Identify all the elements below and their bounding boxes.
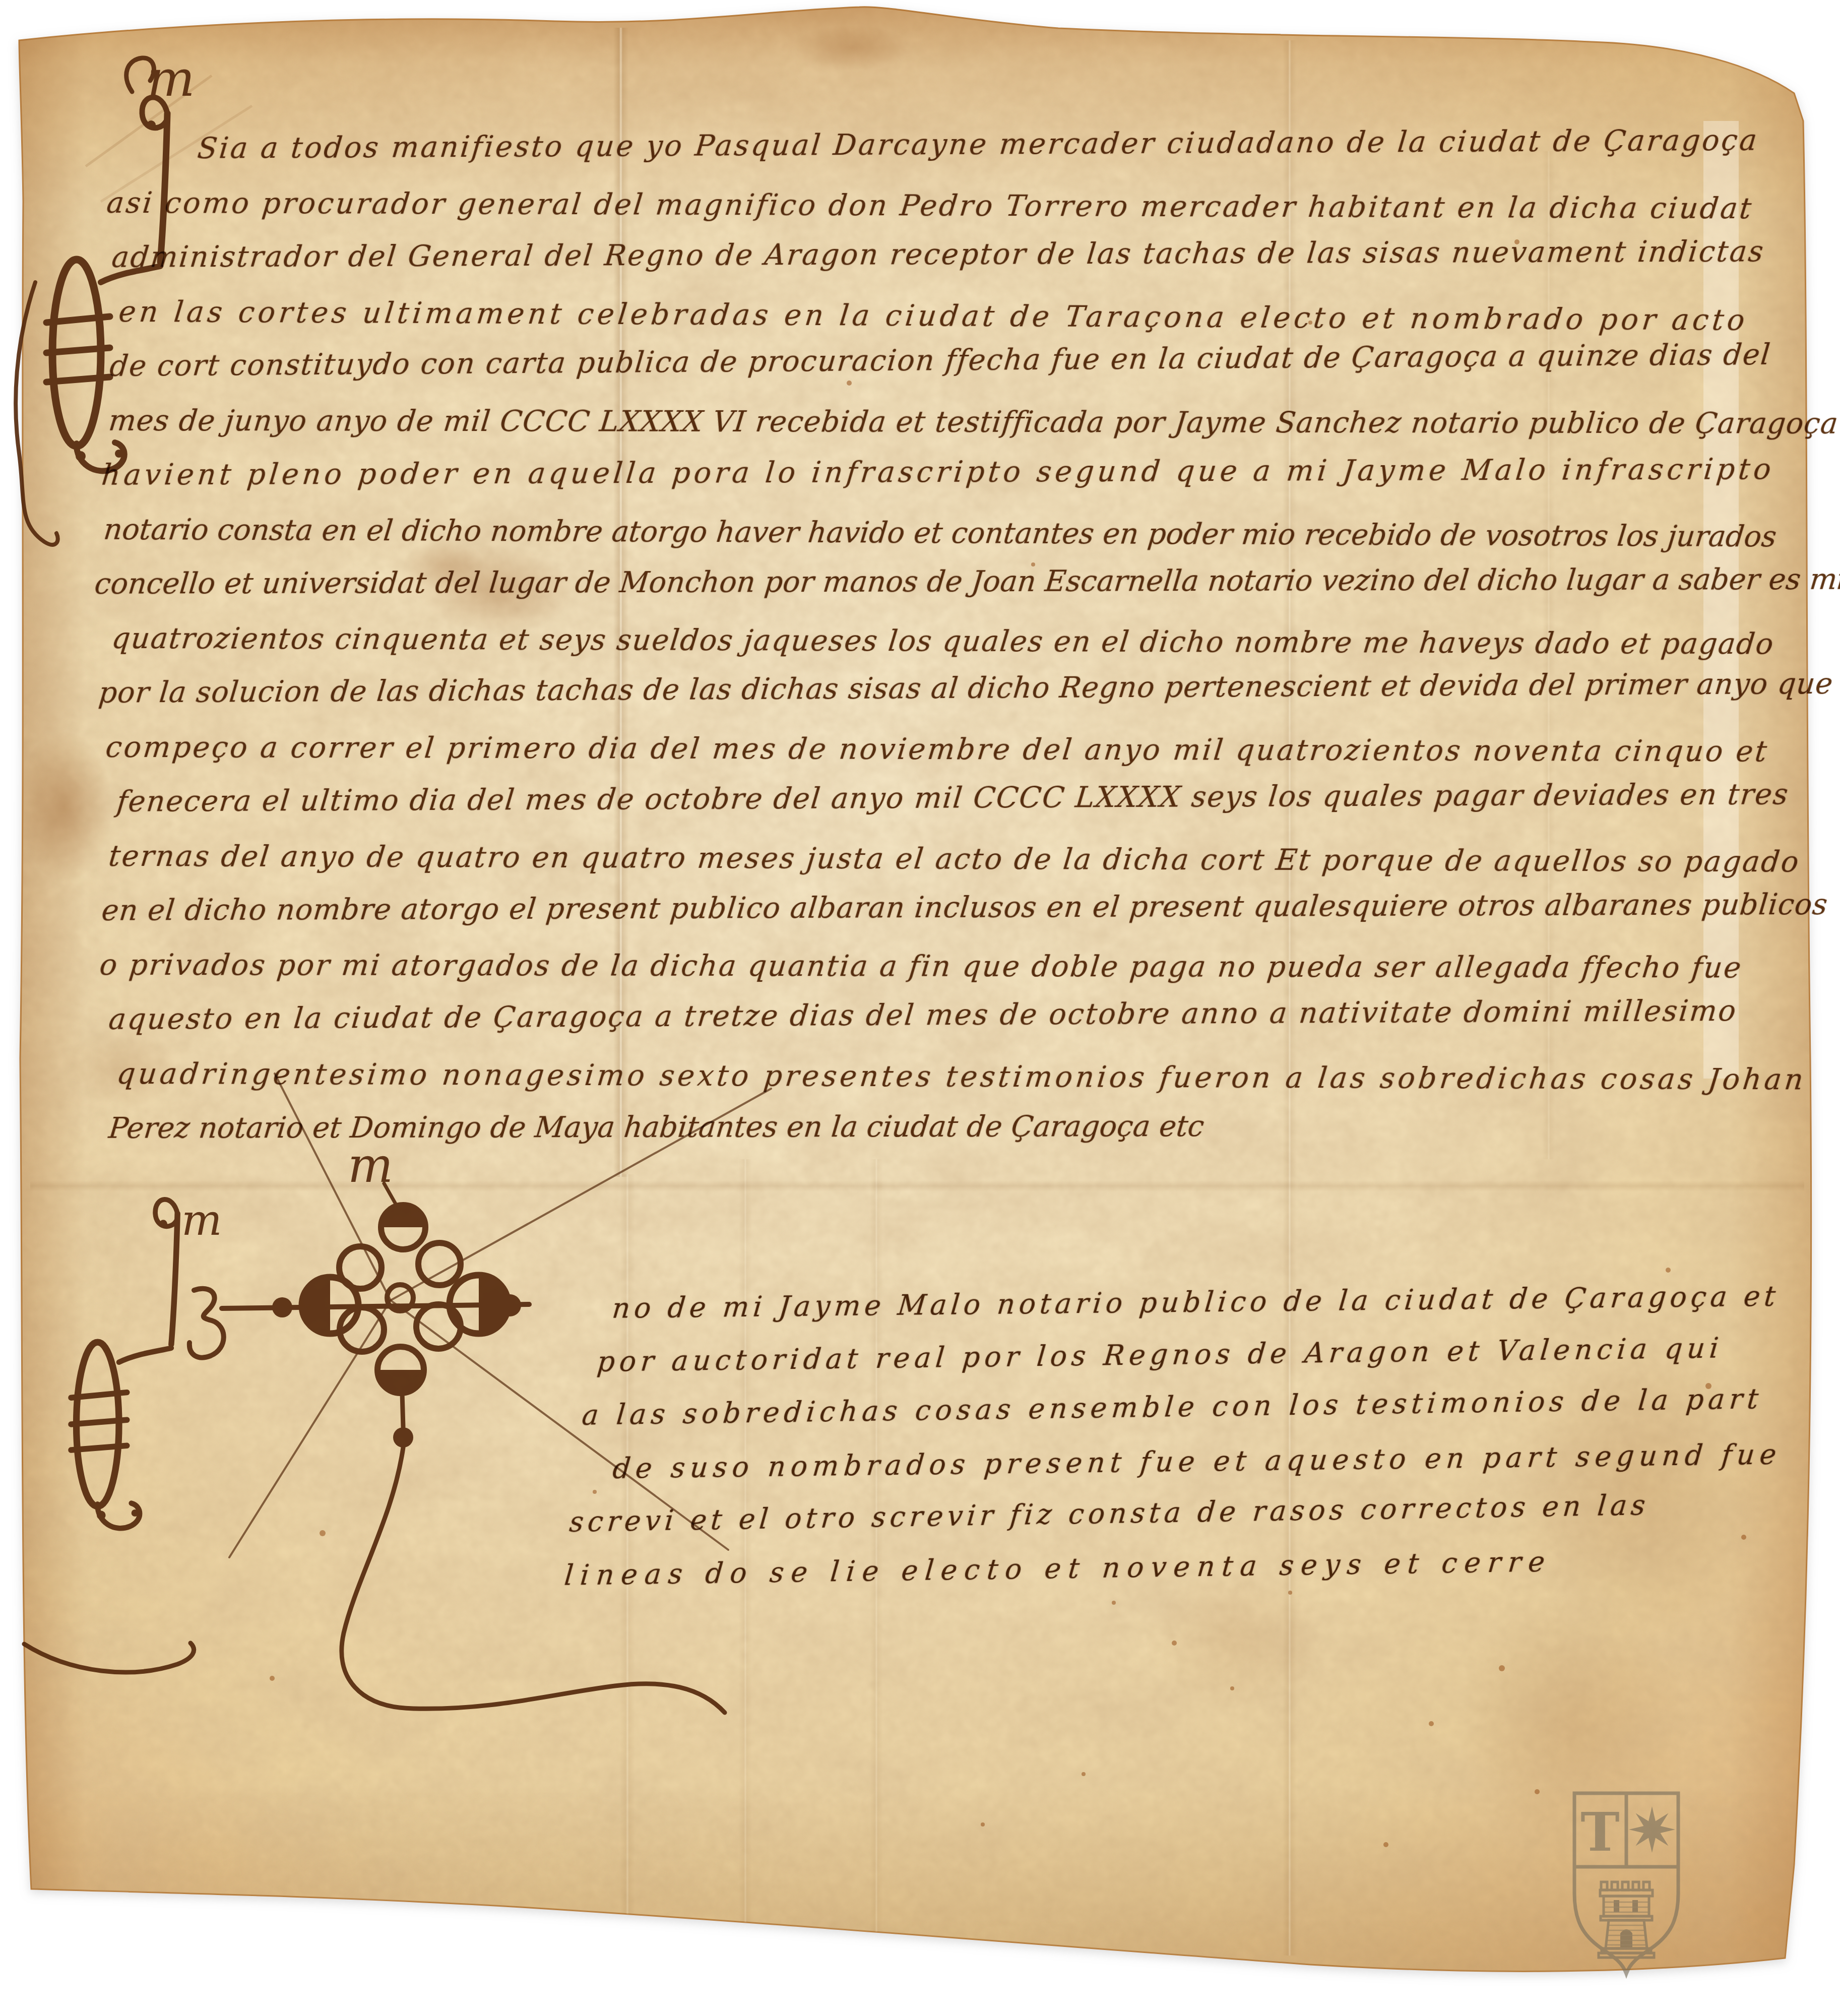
manuscript-line: notario consta en el dicho nombre atorgo… [102, 513, 1778, 553]
manuscript-line: ternas del anyo de quatro en quatro mese… [107, 840, 1802, 879]
manuscript-line: fenecera el ultimo dia del mes de octobr… [115, 778, 1791, 819]
manuscript-line: quatrozientos cinquenta et seys sueldos … [110, 622, 1775, 661]
manuscript-line: por la solucion de las dichas tachas de … [97, 667, 1835, 710]
manuscript-line: asi como procurador general del magnific… [105, 186, 1755, 225]
attestation-line: lineas do se lie electo et noventa seys … [563, 1546, 1553, 1592]
scanned-document: m m m [0, 0, 1840, 2016]
attestation-line: no de mi Jayme Malo notario publico de l… [611, 1280, 1781, 1325]
manuscript-line: en las cortes ultimament celebradas en l… [117, 295, 1750, 337]
manuscript-line: mes de junyo anyo de mil CCCC LXXXX VI r… [107, 404, 1839, 440]
manuscript-line: compeço a correr el primero dia del mes … [104, 731, 1770, 769]
manuscript-line: administrador del General del Regno de A… [110, 235, 1766, 274]
manuscript-line: aquesto en la ciudat de Çaragoça a tretz… [107, 994, 1739, 1036]
manuscript-line: Perez notario et Domingo de Maya habitan… [107, 1110, 1206, 1145]
manuscript-line: Sia a todos manifiesto que yo Pasqual Da… [196, 124, 1760, 165]
manuscript-line: o privados por mi atorgados de la dicha … [98, 949, 1744, 985]
manuscript-line: en el dicho nombre atorgo el present pub… [100, 888, 1829, 927]
manuscript-line: concello et universidat del lugar de Mon… [93, 563, 1840, 601]
manuscript-line: quadringentesimo nonagesimo sexto presen… [115, 1057, 1808, 1097]
attestation-line: screvi et el otro screvir fiz consta de … [568, 1489, 1651, 1538]
manuscript-line: havient pleno poder en aquella pora lo i… [100, 453, 1776, 492]
attestation-line: de suso nombrados present fue et aquesto… [611, 1438, 1783, 1485]
attestation-line: por auctoridat real por los Regnos de Ar… [596, 1332, 1725, 1378]
handwriting-layer: Sia a todos manifiesto que yo Pasqual Da… [0, 0, 1840, 2016]
attestation-line: a las sobredichas cosas ensemble con los… [581, 1382, 1764, 1431]
manuscript-line: de cort constituydo con carta publica de… [108, 338, 1773, 383]
